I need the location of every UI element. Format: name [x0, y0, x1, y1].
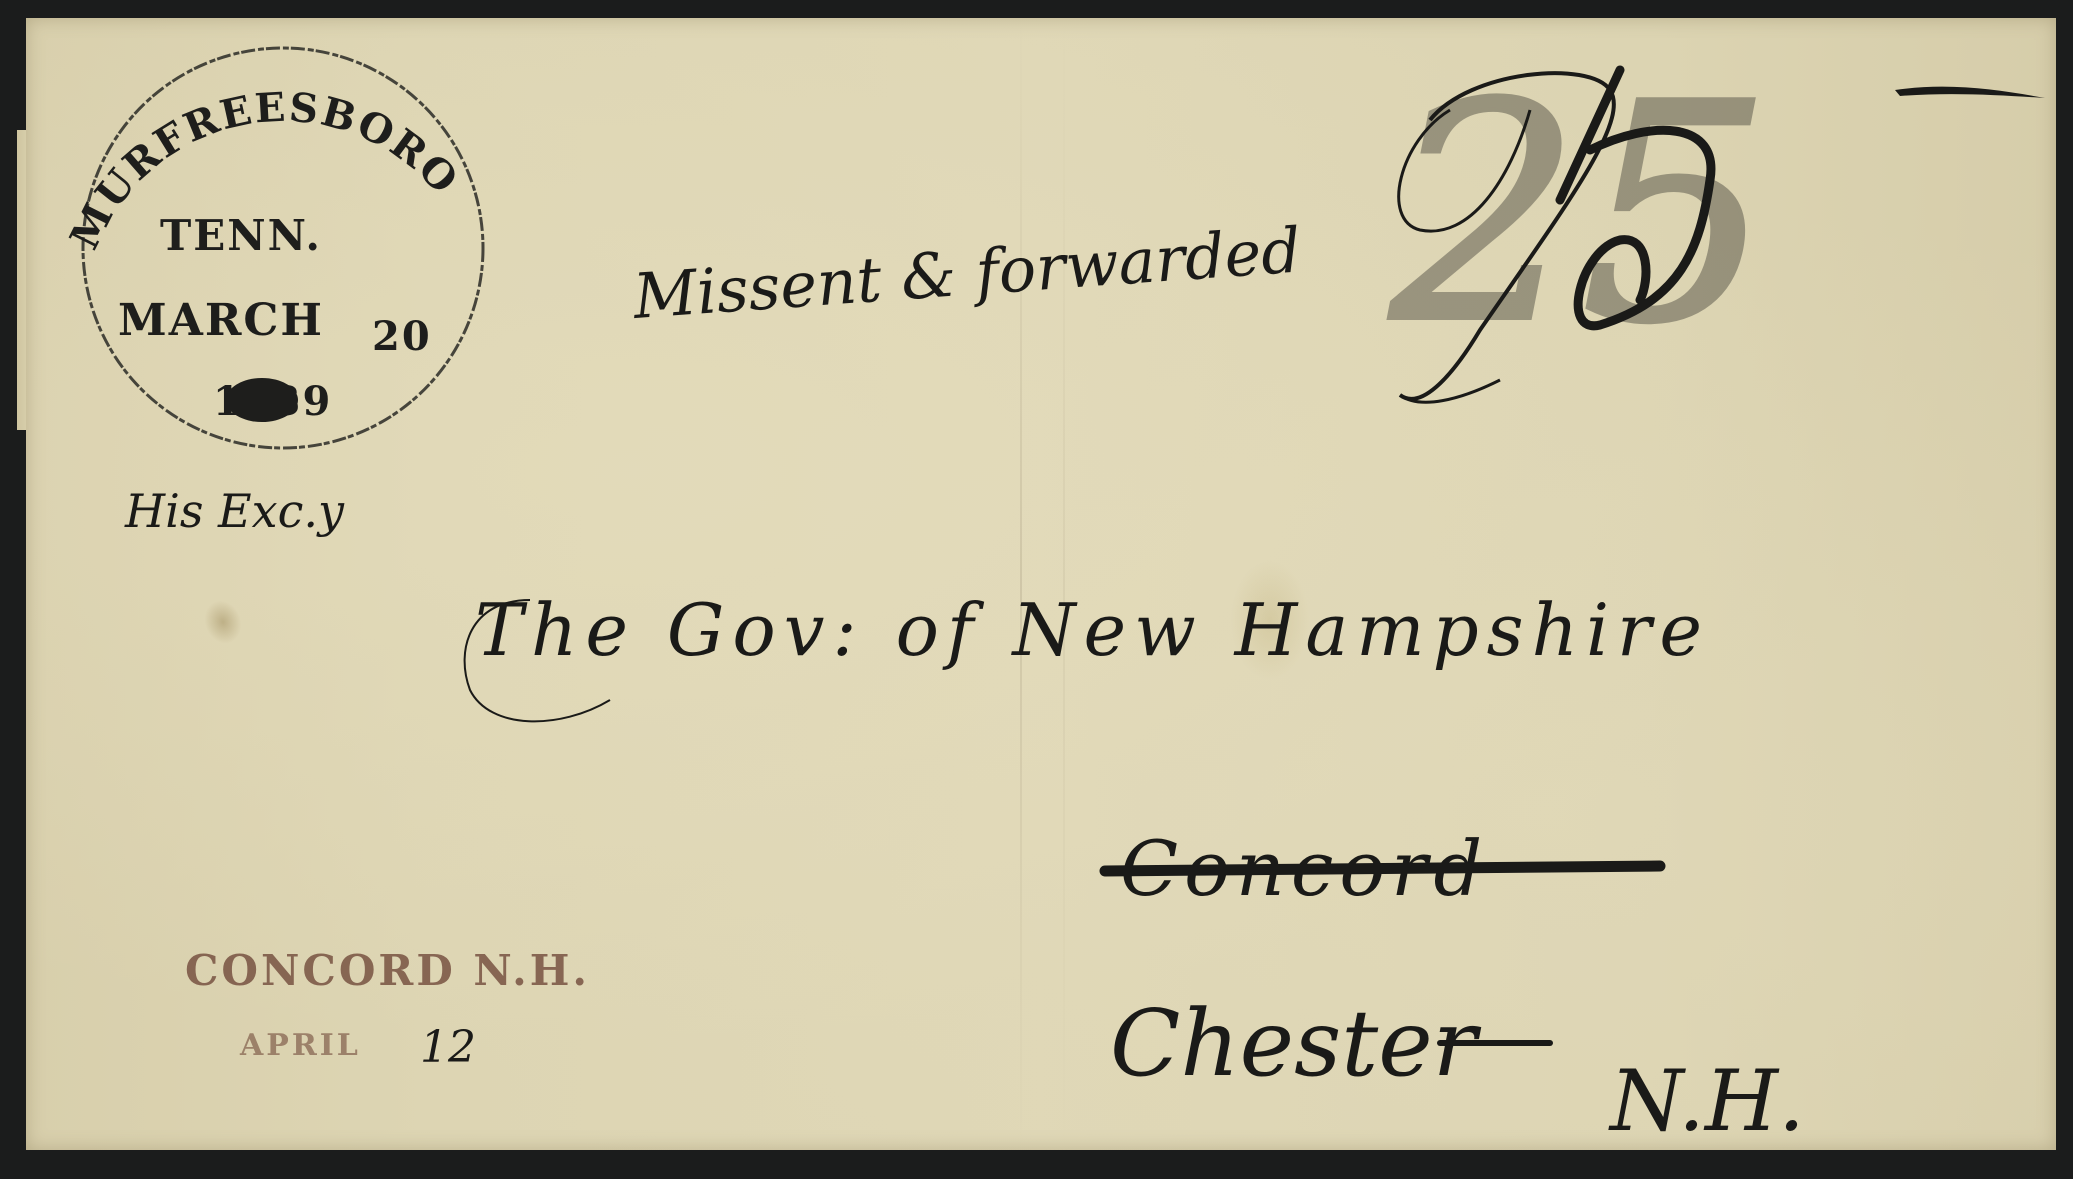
- cover-image: MURFREESBORO TENN. MARCH 20 1839 25 Miss…: [0, 0, 2073, 1179]
- rate-numerals: 25: [0, 0, 2073, 1179]
- rate-text: 25: [1385, 40, 1771, 389]
